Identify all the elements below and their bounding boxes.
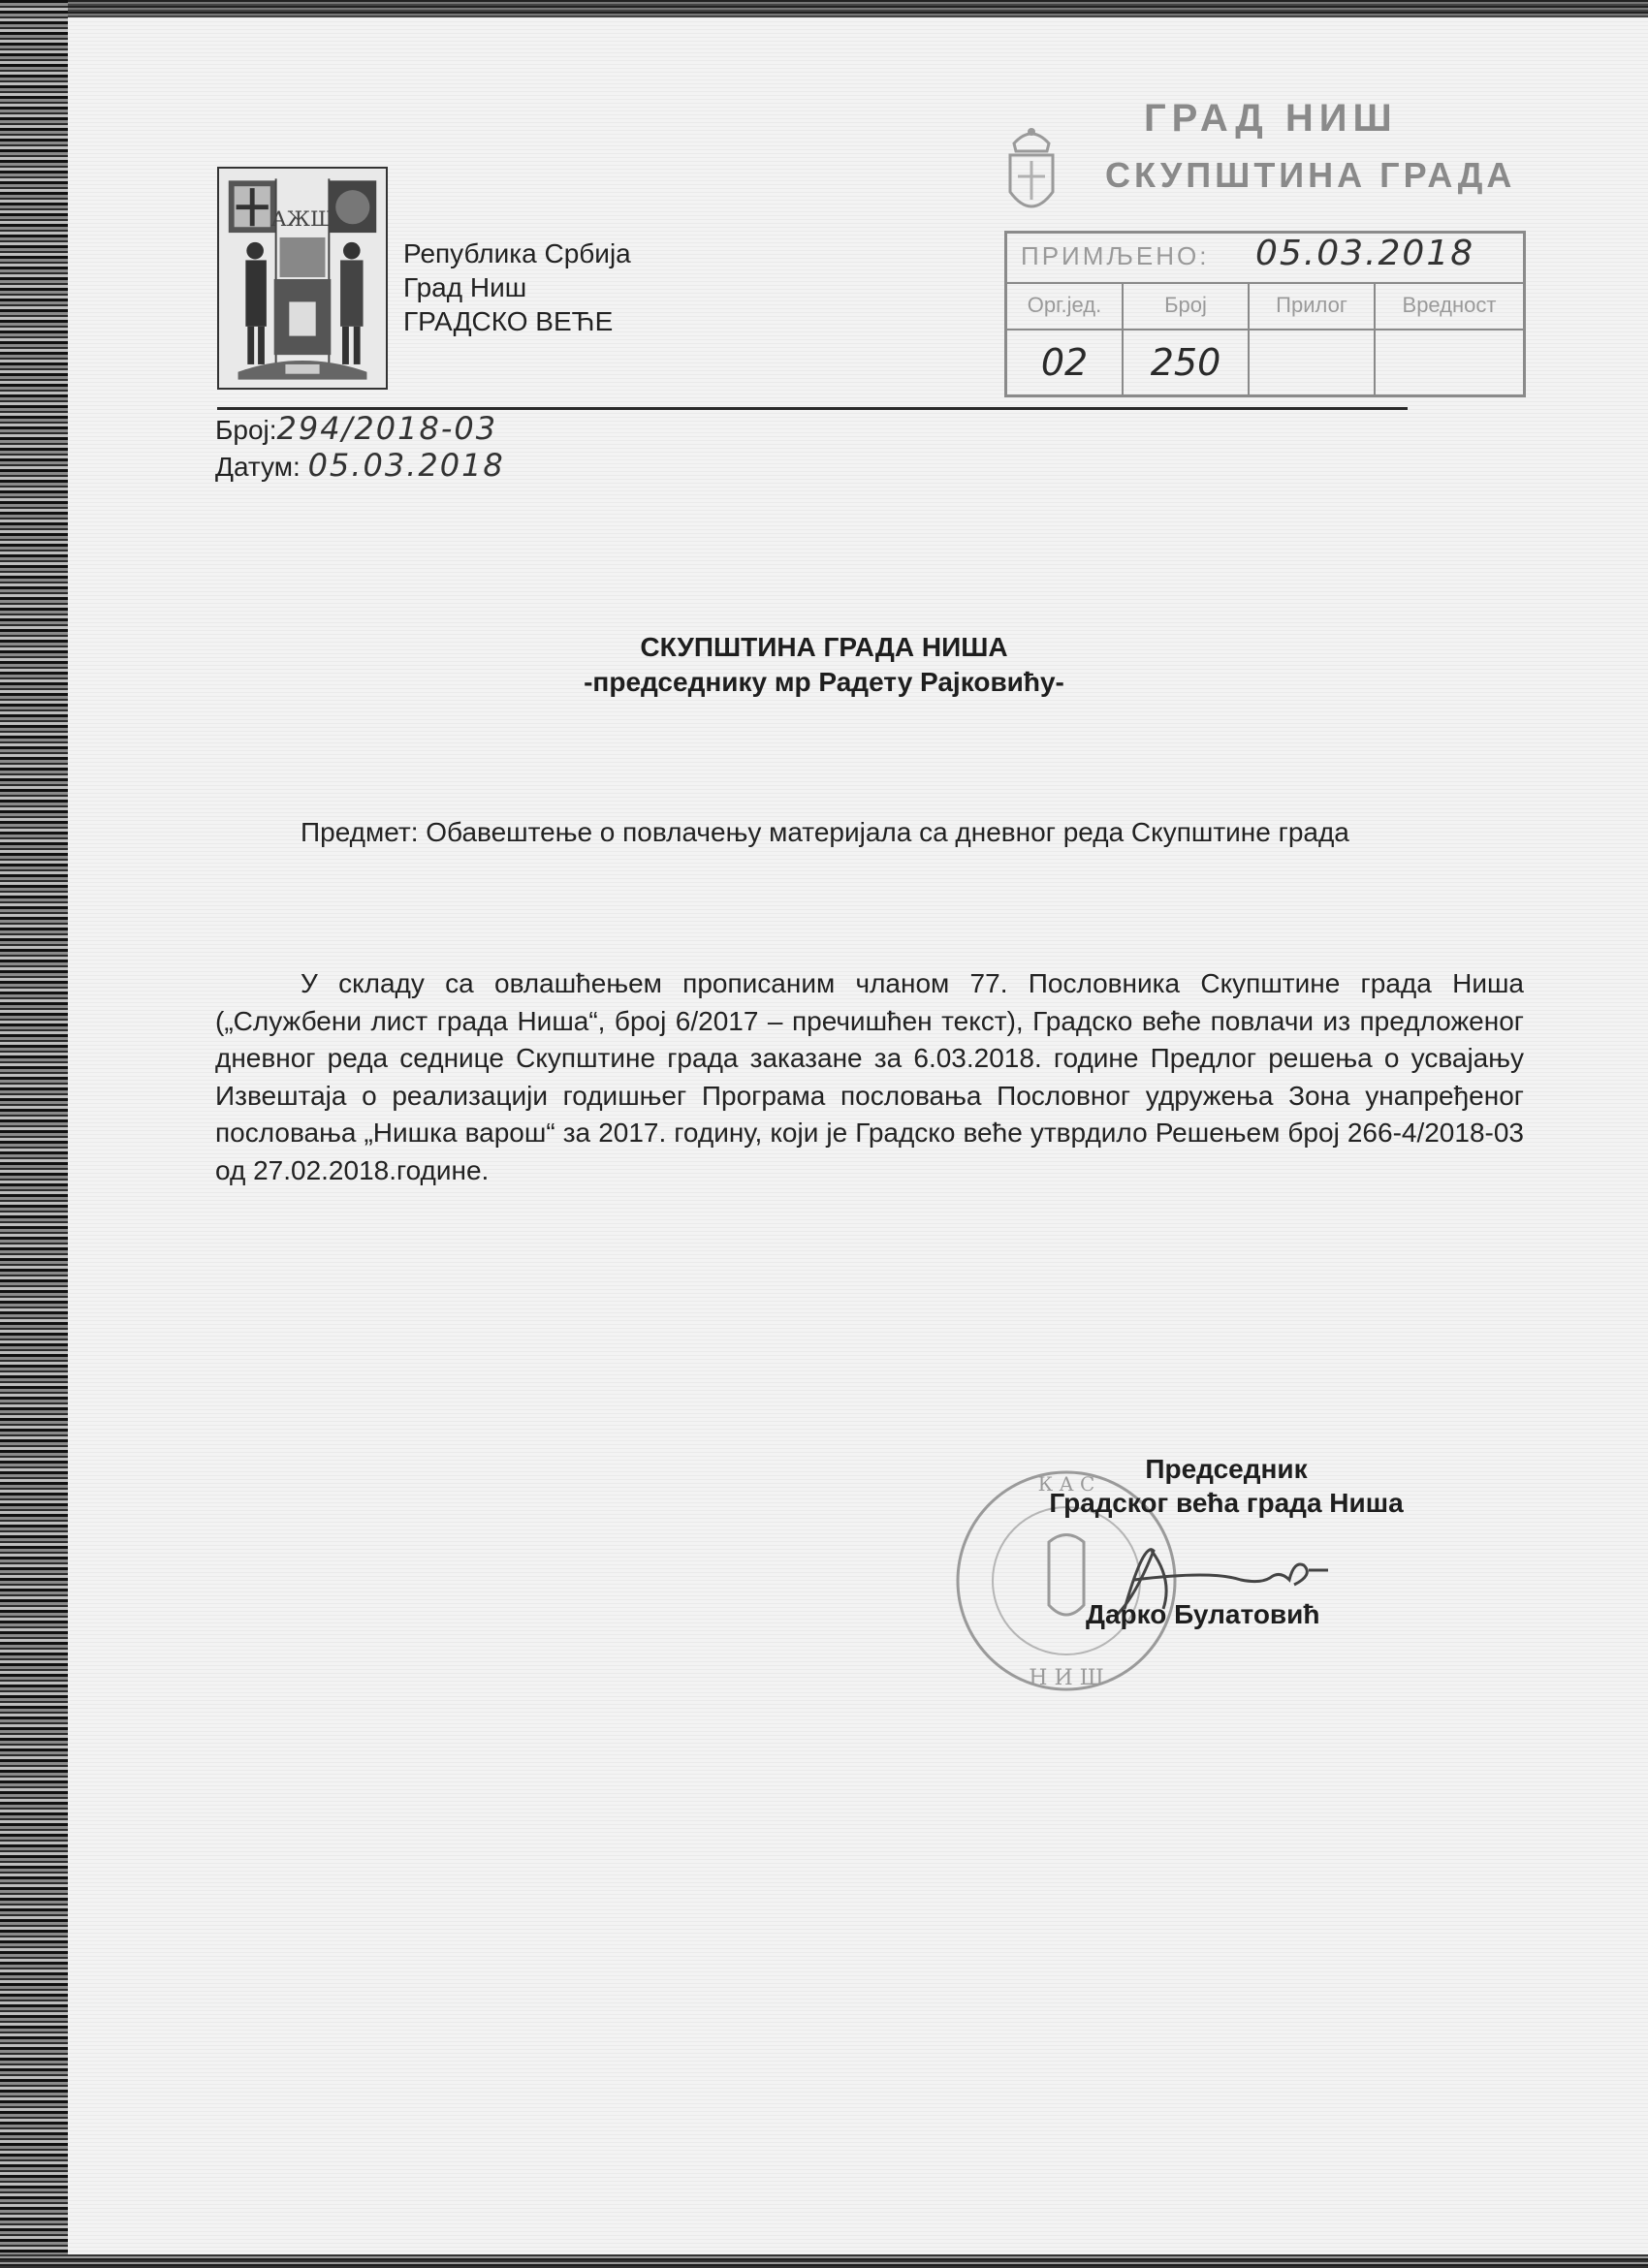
- addressee-institution: СКУПШТИНА ГРАДА НИША: [0, 630, 1648, 665]
- stamp-grid: Орг.јед. Број Прилог Вредност 02 250: [1007, 282, 1523, 394]
- stamp-col-number: Број: [1124, 282, 1250, 331]
- received-stamp: ПРИМЉЕНО: 05.03.2018 Орг.јед. Број Прило…: [1004, 231, 1526, 397]
- subject-text: Предмет: Обавештење о повлачењу материја…: [301, 817, 1349, 847]
- signatory-title-line1: Председник: [1008, 1452, 1444, 1486]
- body-paragraph: У складу са овлашћењем прописаним чланом…: [215, 965, 1524, 1189]
- stamp-col-org-unit: Орг.јед.: [1007, 282, 1124, 331]
- signatory-title: Председник Градског већа града Ниша: [1008, 1452, 1444, 1520]
- reference-number-value: 294/2018-03: [277, 410, 498, 447]
- stamp-col-attachment: Прилог: [1250, 282, 1376, 331]
- subject-line: Предмет: Обавештење о повлачењу материја…: [215, 814, 1524, 851]
- issuer-block: Република Србија Град Ниш ГРАДСКО ВЕЋЕ: [403, 236, 631, 338]
- stamp-value-value: [1376, 331, 1523, 394]
- stamp-received-label: ПРИМЉЕНО:: [1021, 241, 1209, 271]
- stamp-number-value: 250: [1124, 331, 1250, 394]
- reference-date-value: 05.03.2018: [308, 447, 505, 484]
- issuer-body: ГРАДСКО ВЕЋЕ: [403, 304, 631, 338]
- scan-edge-top: [0, 0, 1648, 17]
- signatory-title-line2: Градског већа града Ниша: [1008, 1486, 1444, 1520]
- stamp-title-assembly: СКУПШТИНА ГРАДА: [1105, 155, 1515, 196]
- addressee-person: -председнику мр Радету Рајковићу-: [0, 665, 1648, 700]
- svg-text:Н И Ш: Н И Ш: [1029, 1666, 1103, 1690]
- addressee-block: СКУПШТИНА ГРАДА НИША -председнику мр Рад…: [0, 630, 1648, 700]
- issuer-city: Град Ниш: [403, 270, 631, 304]
- svg-text:АЖШ: АЖШ: [271, 207, 334, 232]
- stamp-received-date: 05.03.2018: [1255, 234, 1474, 273]
- city-coat-of-arms: АЖШ: [217, 167, 388, 390]
- serbian-crest-icon: [1004, 124, 1059, 221]
- body-text: У складу са овлашћењем прописаним чланом…: [215, 968, 1524, 1185]
- coat-of-arms-icon: АЖШ: [219, 169, 386, 388]
- stamp-attachment-value: [1250, 331, 1376, 394]
- stamp-col-value: Вредност: [1376, 282, 1523, 331]
- reference-date-label: Датум:: [215, 452, 301, 482]
- reference-number-label: Број:: [215, 415, 277, 445]
- scan-edge-left: [0, 0, 68, 2268]
- stamp-received-row: ПРИМЉЕНО: 05.03.2018: [1007, 234, 1523, 284]
- reference-block: Број:294/2018-03 Датум: 05.03.2018: [215, 411, 505, 485]
- signatory-name: Дарко Булатовић: [1086, 1599, 1319, 1630]
- scan-edge-bottom: [0, 2254, 1648, 2268]
- stamp-org-unit-value: 02: [1007, 331, 1124, 394]
- stamp-title-city: ГРАД НИШ: [1144, 97, 1398, 141]
- issuer-country: Република Србија: [403, 236, 631, 270]
